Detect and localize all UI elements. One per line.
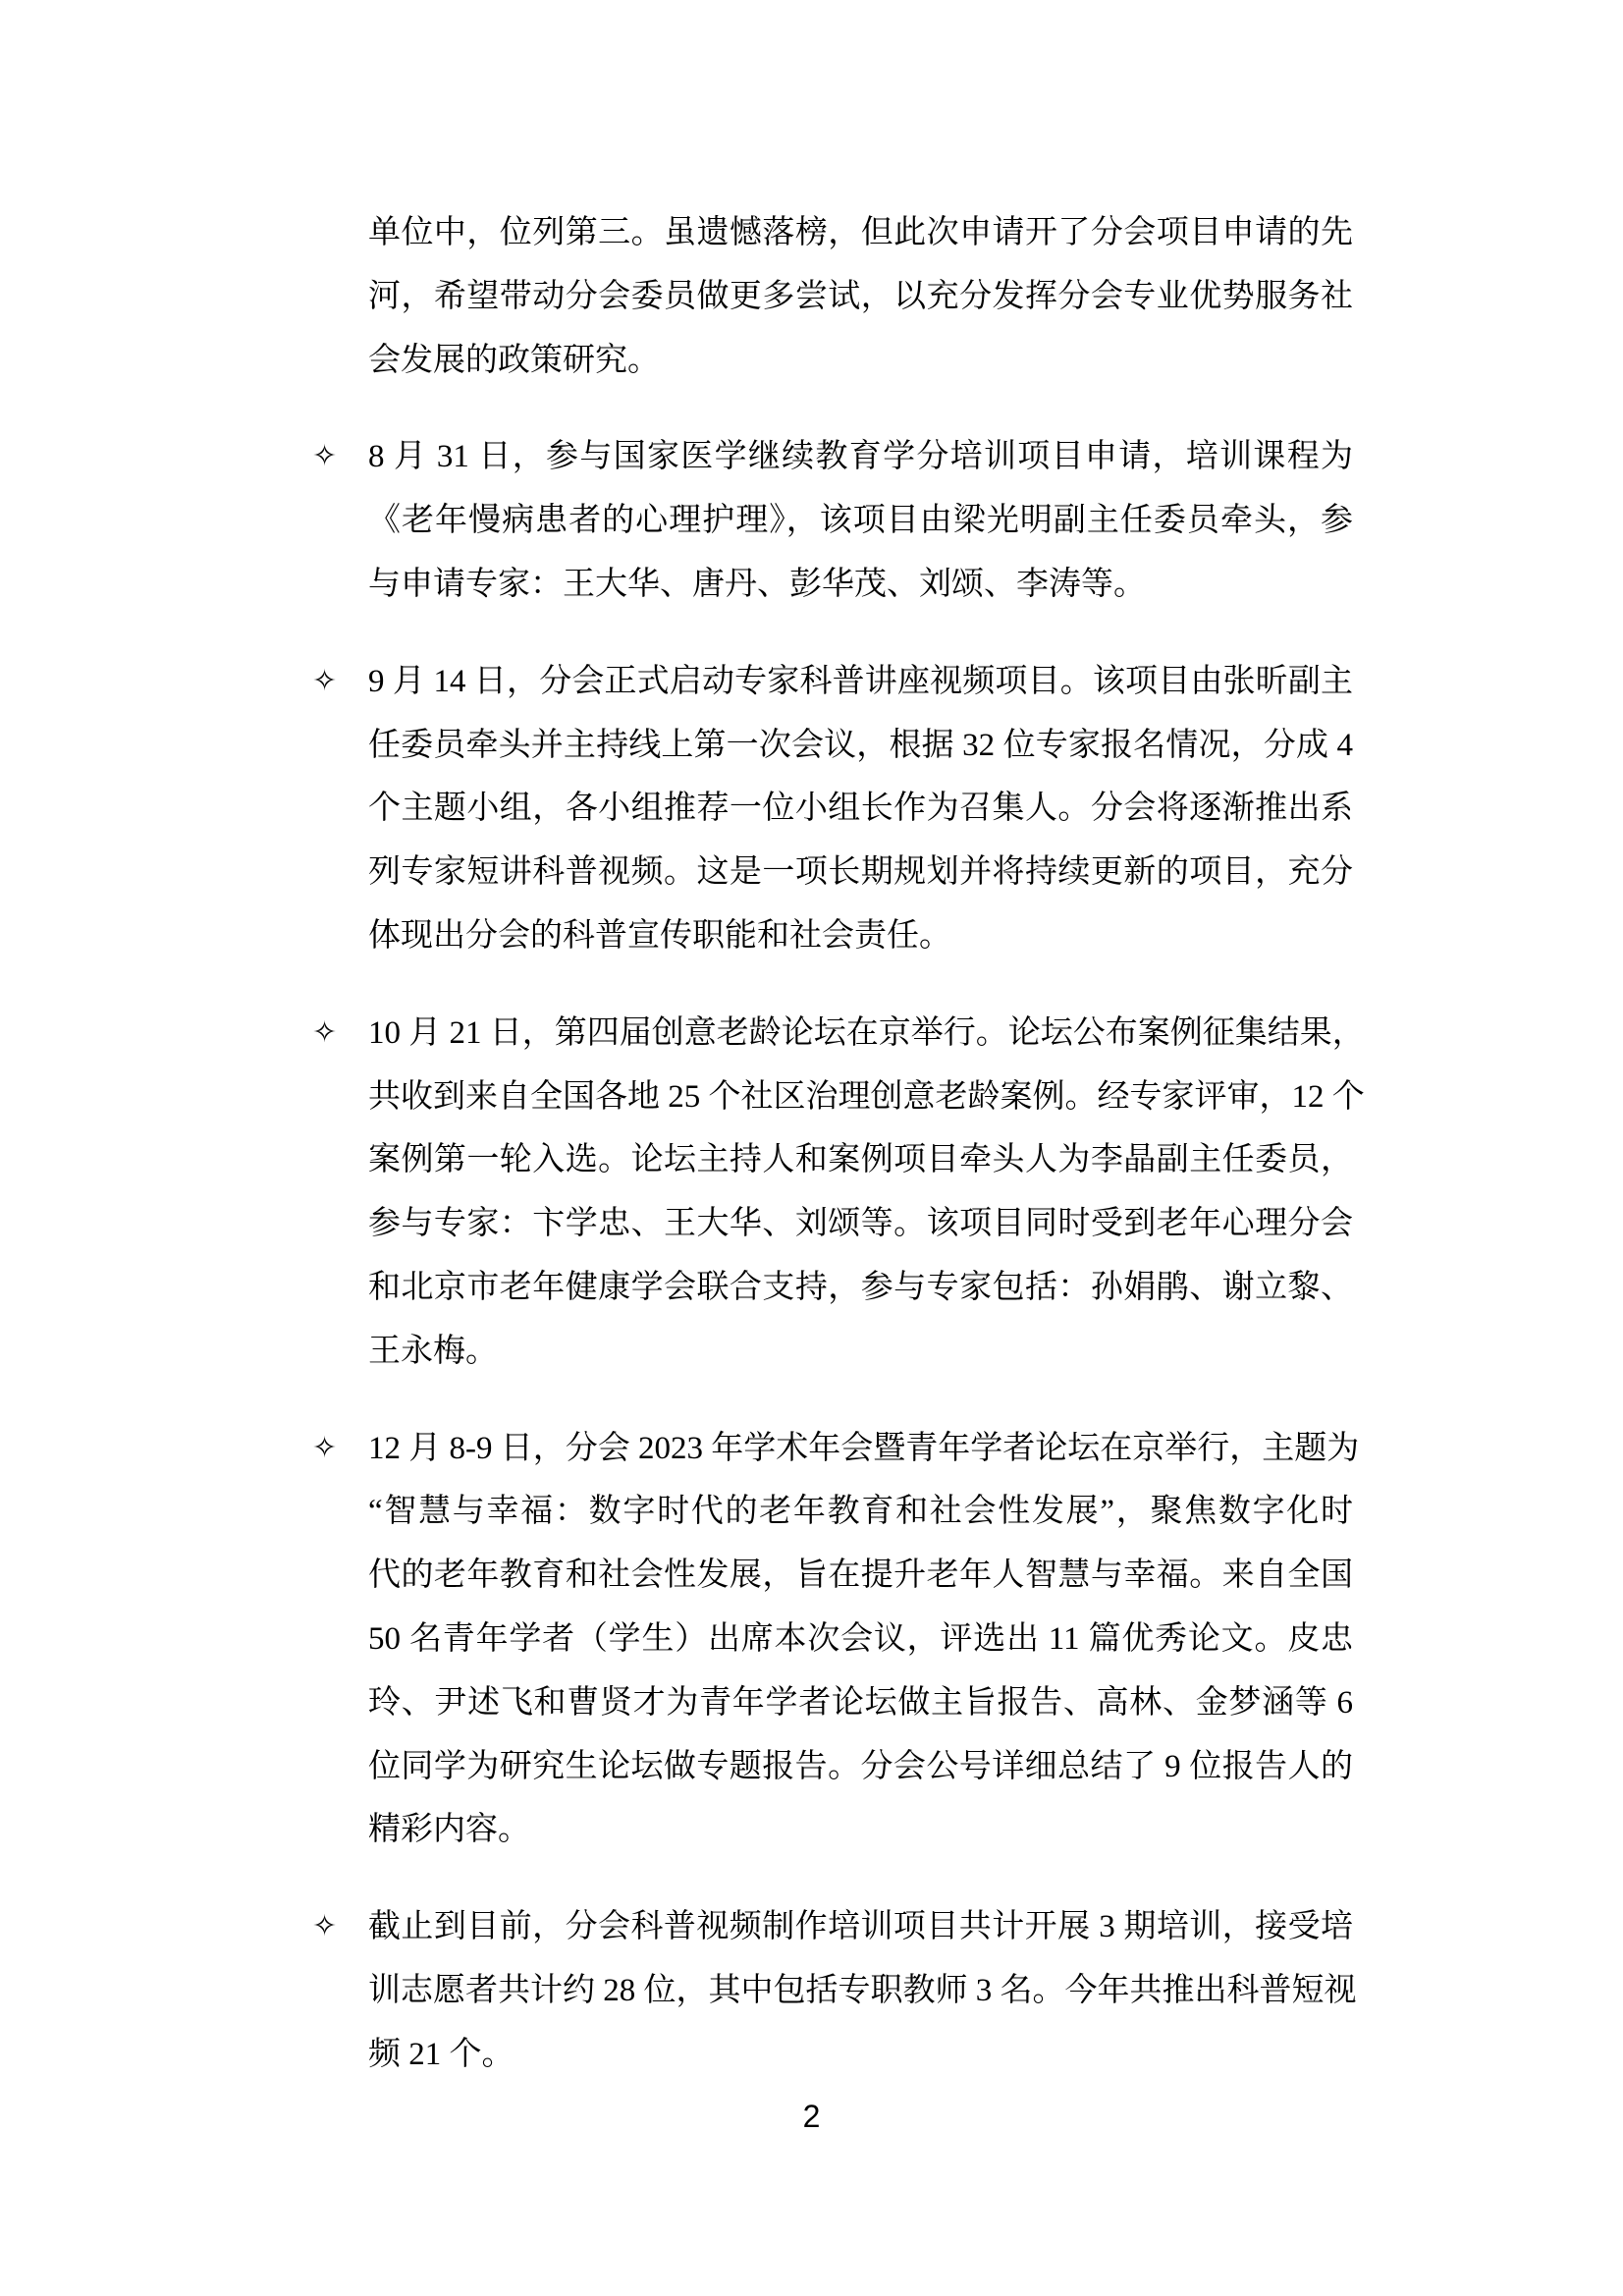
text-line: 会发展的政策研究。 — [368, 329, 1353, 393]
paragraph: 单位中，位列第三。虽遗憾落榜，但此次申请开了分会项目申请的先河，希望带动分会委员… — [368, 201, 1353, 392]
text-line: 个主题小组，各小组推荐一位小组长作为召集人。分会将逐渐推出系 — [368, 777, 1353, 841]
text-line: 频 21 个。 — [368, 2023, 1353, 2087]
text-line: 《老年慢病患者的心理护理》，该项目由梁光明副主任委员牵头，参 — [368, 489, 1353, 553]
text-line: 精彩内容。 — [368, 1798, 1353, 1862]
diamond-bullet-icon: ✧ — [312, 425, 337, 489]
bullet-paragraph: ✧截止到目前，分会科普视频制作培训项目共计开展 3 期培训，接受培训志愿者共计约… — [368, 1895, 1353, 2086]
diamond-bullet-icon: ✧ — [312, 650, 337, 714]
text-line: 50 名青年学者（学生）出席本次会议，评选出 11 篇优秀论文。皮忠 — [368, 1608, 1353, 1671]
text-line: 列专家短讲科普视频。这是一项长期规划并将持续更新的项目，充分 — [368, 841, 1353, 904]
text-line: 任委员牵头并主持线上第一次会议，根据 32 位专家报名情况，分成 4 — [368, 714, 1353, 778]
diamond-bullet-icon: ✧ — [312, 1417, 337, 1481]
text-line: 案例第一轮入选。论坛主持人和案例项目牵头人为李晶副主任委员， — [368, 1128, 1353, 1192]
text-line: 玲、尹述飞和曹贤才为青年学者论坛做主旨报告、高林、金梦涵等 6 — [368, 1671, 1353, 1735]
document-page: 单位中，位列第三。虽遗憾落榜，但此次申请开了分会项目申请的先河，希望带动分会委员… — [0, 0, 1623, 2296]
text-line: 10 月 21 日，第四届创意老龄论坛在京举行。论坛公布案例征集结果， — [368, 1002, 1353, 1066]
text-line: 共收到来自全国各地 25 个社区治理创意老龄案例。经专家评审，12 个 — [368, 1066, 1353, 1129]
text-line: 体现出分会的科普宣传职能和社会责任。 — [368, 904, 1353, 968]
text-line: “智慧与幸福：数字时代的老年教育和社会性发展”，聚焦数字化时 — [368, 1480, 1353, 1544]
text-line: 参与专家：卞学忠、王大华、刘颂等。该项目同时受到老年心理分会 — [368, 1192, 1353, 1256]
page-number: 2 — [0, 2098, 1623, 2135]
content: 单位中，位列第三。虽遗憾落榜，但此次申请开了分会项目申请的先河，希望带动分会委员… — [368, 201, 1353, 2087]
bullet-paragraph: ✧10 月 21 日，第四届创意老龄论坛在京举行。论坛公布案例征集结果，共收到来… — [368, 1002, 1353, 1384]
text-line: 8 月 31 日，参与国家医学继续教育学分培训项目申请，培训课程为 — [368, 425, 1353, 489]
diamond-bullet-icon: ✧ — [312, 1002, 337, 1066]
text-line: 单位中，位列第三。虽遗憾落榜，但此次申请开了分会项目申请的先 — [368, 201, 1353, 265]
text-line: 9 月 14 日，分会正式启动专家科普讲座视频项目。该项目由张昕副主 — [368, 650, 1353, 714]
text-line: 截止到目前，分会科普视频制作培训项目共计开展 3 期培训，接受培 — [368, 1895, 1353, 1959]
text-line: 王永梅。 — [368, 1320, 1353, 1384]
bullet-paragraph: ✧8 月 31 日，参与国家医学继续教育学分培训项目申请，培训课程为《老年慢病患… — [368, 425, 1353, 616]
text-line: 与申请专家：王大华、唐丹、彭华茂、刘颂、李涛等。 — [368, 553, 1353, 617]
text-line: 代的老年教育和社会性发展，旨在提升老年人智慧与幸福。来自全国 — [368, 1544, 1353, 1608]
text-line: 12 月 8-9 日，分会 2023 年学术年会暨青年学者论坛在京举行，主题为 — [368, 1417, 1353, 1481]
text-line: 位同学为研究生论坛做专题报告。分会公号详细总结了 9 位报告人的 — [368, 1735, 1353, 1799]
text-line: 河，希望带动分会委员做更多尝试，以充分发挥分会专业优势服务社 — [368, 265, 1353, 329]
bullet-paragraph: ✧12 月 8-9 日，分会 2023 年学术年会暨青年学者论坛在京举行，主题为… — [368, 1417, 1353, 1863]
diamond-bullet-icon: ✧ — [312, 1895, 337, 1959]
text-line: 和北京市老年健康学会联合支持，参与专家包括：孙娟鹃、谢立黎、 — [368, 1256, 1353, 1320]
text-line: 训志愿者共计约 28 位，其中包括专职教师 3 名。今年共推出科普短视 — [368, 1959, 1353, 2023]
bullet-paragraph: ✧9 月 14 日，分会正式启动专家科普讲座视频项目。该项目由张昕副主任委员牵头… — [368, 650, 1353, 968]
